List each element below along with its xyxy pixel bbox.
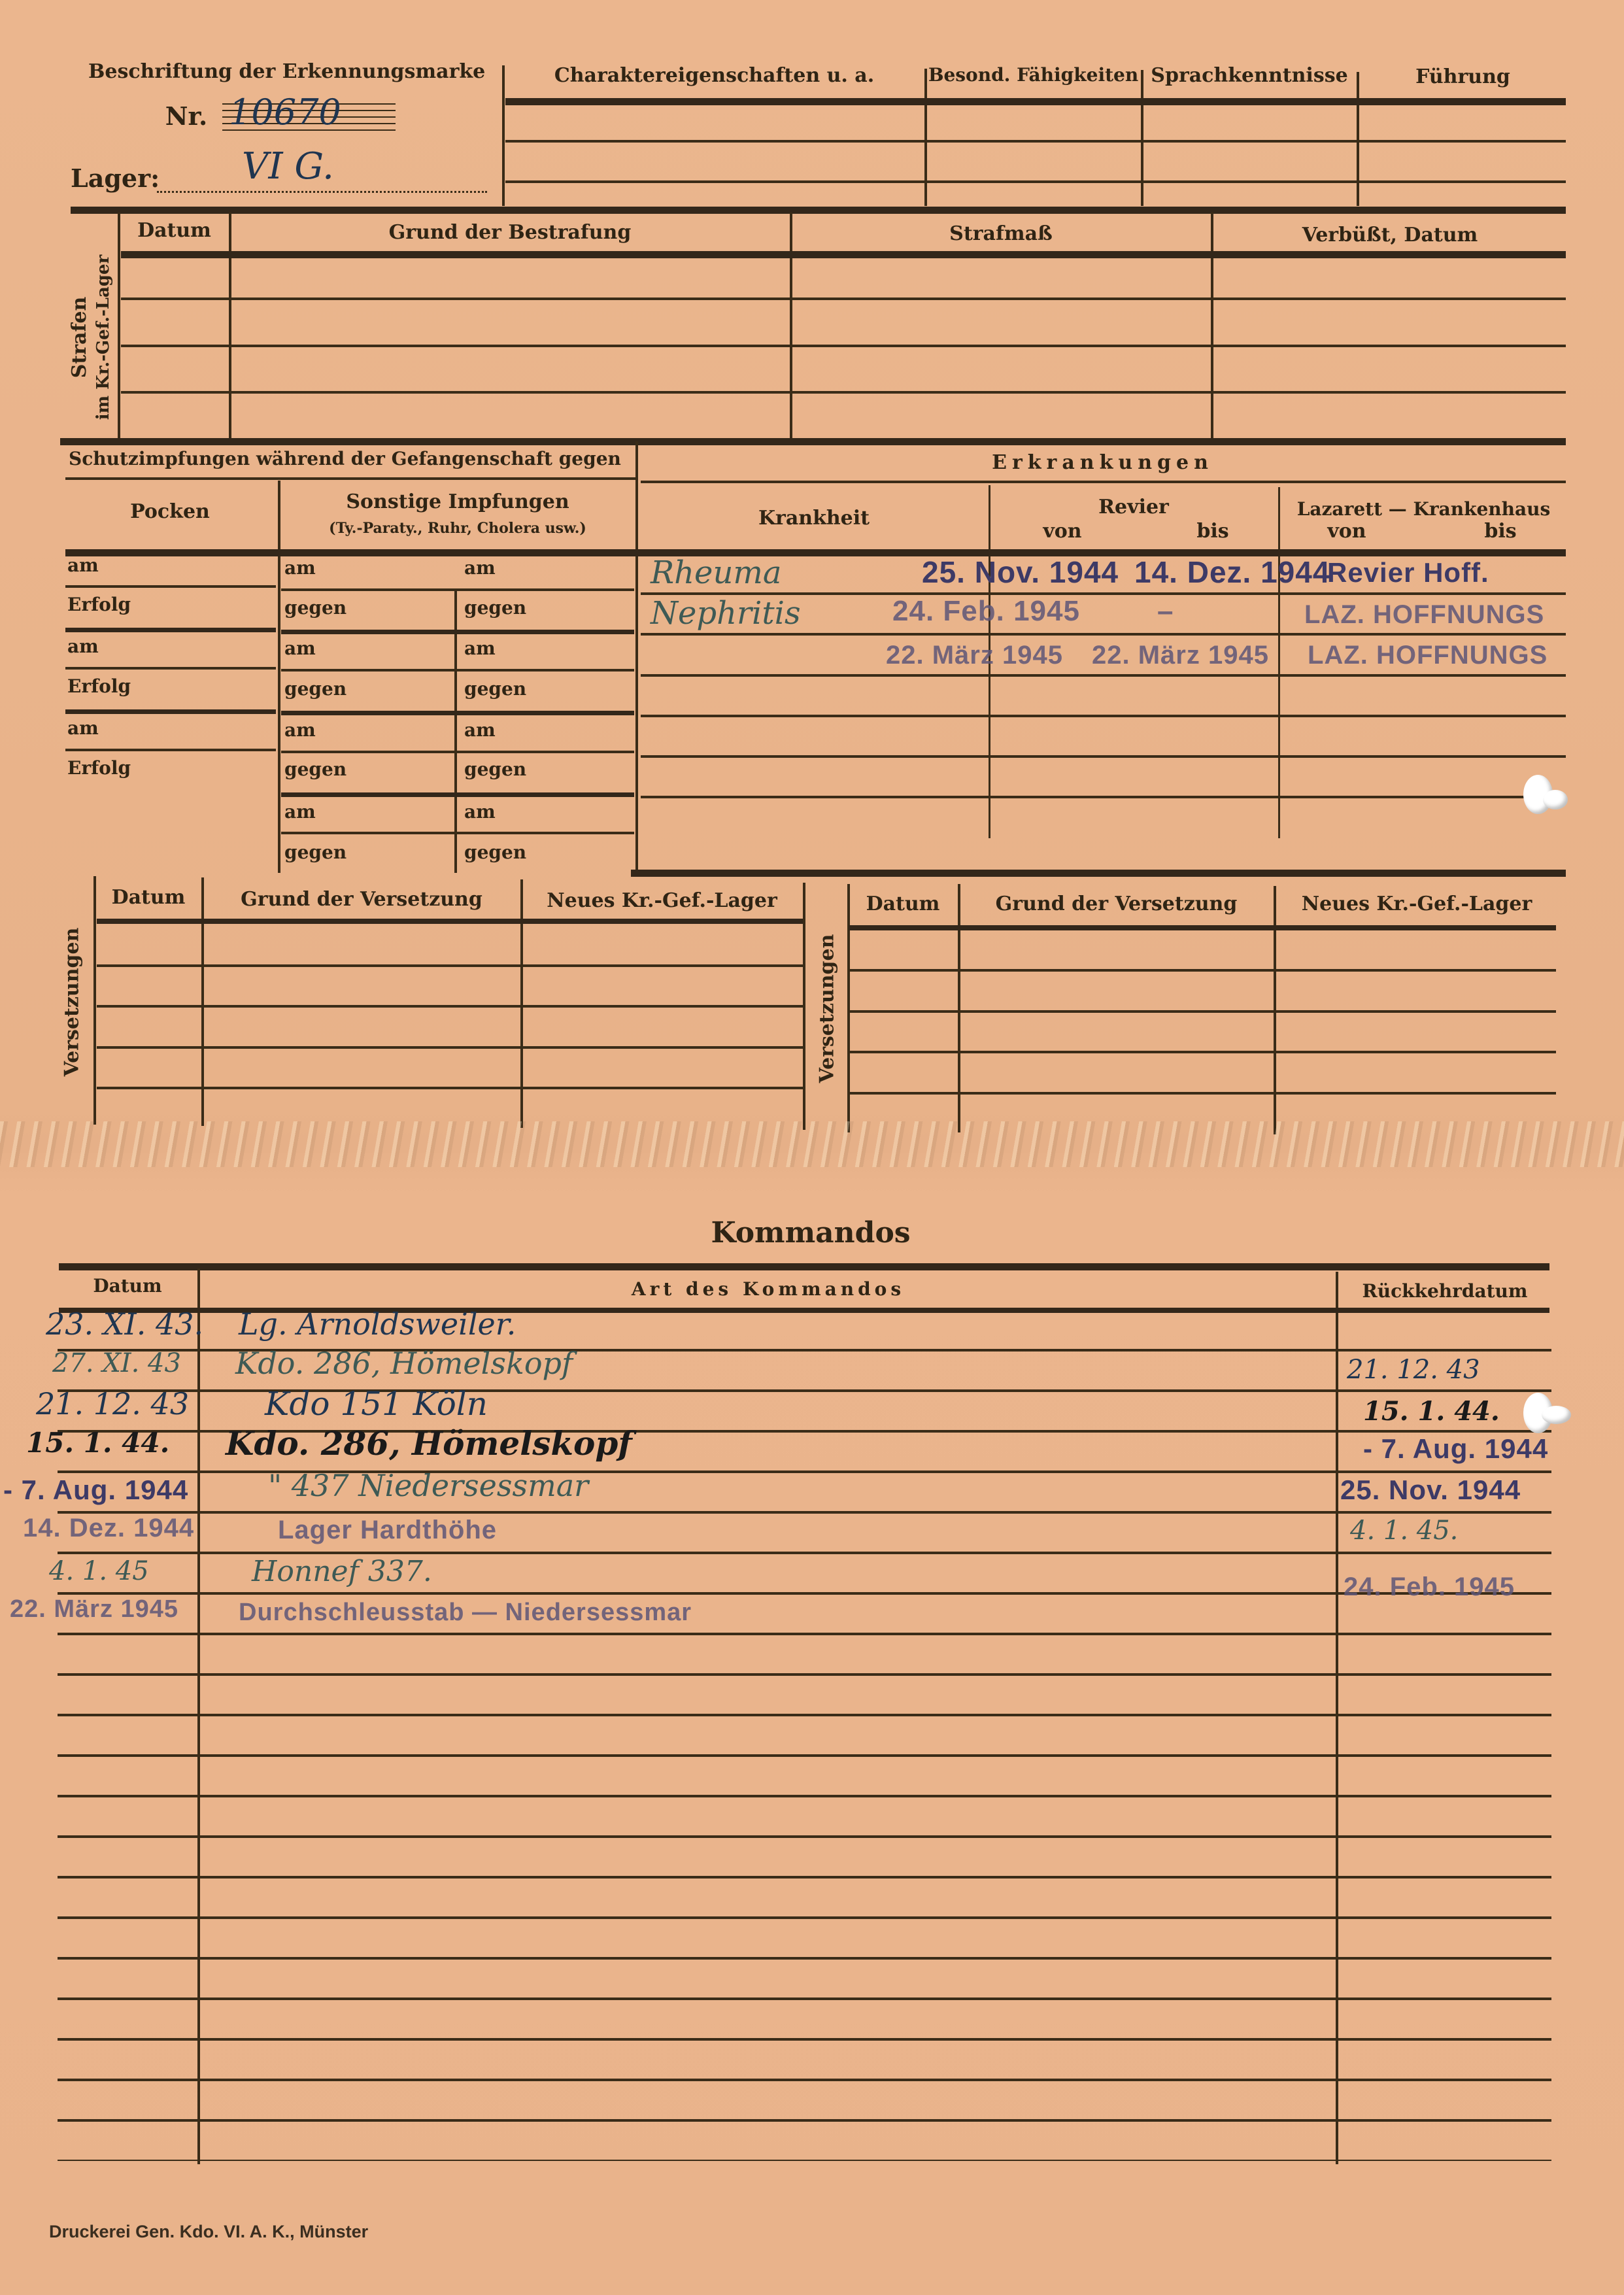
pocken-row: am (67, 717, 99, 739)
sonstige-row: am (284, 637, 316, 659)
krankheit-value: Nephritis (651, 595, 801, 632)
sonstige-sublabel: (Ty.-Paraty., Ruhr, Cholera usw.) (281, 520, 634, 537)
rule (65, 628, 276, 632)
rule (65, 749, 276, 751)
rule (97, 1005, 803, 1008)
rule (849, 1010, 1556, 1013)
kommando-datum: 4. 1. 45 (49, 1556, 149, 1586)
kommando-datum-stamp: 14. Dez. 1944 (23, 1514, 194, 1543)
lager-label: Lager: (71, 163, 160, 193)
sonstige-row: gegen (464, 597, 526, 619)
col-faehigkeiten: Besond. Fähigkeiten (927, 64, 1140, 86)
versetzungen-col-grund: Grund der Versetzung (961, 892, 1272, 915)
kommando-art: Lg. Arnoldsweiler. (239, 1306, 516, 1342)
sonstige-row: am (284, 557, 316, 579)
rule (65, 585, 276, 588)
pocken-row: am (67, 636, 99, 657)
rule (281, 792, 634, 797)
rule (281, 751, 634, 753)
sonstige-row: gegen (284, 758, 347, 780)
pocken-label: Pocken (65, 500, 275, 523)
revier-von-stamp: 22. März 1945 (886, 641, 1063, 670)
kommando-datum-stamp: - 7. Aug. 1944 (3, 1474, 188, 1506)
rule (631, 870, 1566, 877)
kommandos-col-art: Art des Kommandos (203, 1278, 1334, 1300)
pocken-row: am (67, 554, 99, 576)
versetzungen-side-label: Versetzungen (816, 904, 839, 1113)
erkrankungen-col-krankheit: Krankheit (641, 507, 987, 530)
rule (641, 755, 1566, 758)
strafen-label: Strafen (68, 233, 92, 442)
kommando-art: " 437 Niedersessmar (268, 1468, 588, 1503)
divider (1278, 487, 1280, 838)
lazarett-stamp: LAZ. HOFFNUNGS (1304, 600, 1544, 630)
pocken-row: Erfolg (67, 594, 131, 615)
pocken-row: Erfolg (67, 757, 131, 779)
rule (121, 251, 1566, 258)
sonstige-row: am (464, 801, 496, 823)
rule (505, 98, 1566, 105)
rule (65, 709, 276, 714)
rule (641, 481, 1566, 483)
versetzungen-col-grund: Grund der Versetzung (205, 888, 518, 911)
strafen-col-strafmass: Strafmaß (792, 222, 1210, 245)
nr-label: Nr. (160, 101, 212, 131)
rule (71, 207, 1566, 214)
erkrankungen-heading: Erkrankungen (639, 451, 1566, 474)
sonstige-row: gegen (464, 758, 526, 780)
kommando-rueckkehr: 21. 12. 43 (1347, 1355, 1480, 1385)
erkennungsmarke-heading: Beschriftung der Erkennungsmarke (88, 60, 481, 83)
rule (97, 964, 803, 967)
punch-hole (1542, 1406, 1571, 1424)
strafen-col-grund: Grund der Bestrafung (232, 221, 788, 244)
pocken-row: Erfolg (67, 675, 131, 697)
sonstige-row: gegen (284, 597, 347, 619)
rule (65, 477, 635, 480)
lazarett-stamp: LAZ. HOFFNUNGS (1308, 641, 1548, 670)
kommandos-col-rueckkehr: Rückkehrdatum (1340, 1280, 1549, 1302)
kommando-art: Kdo. 286, Hömelskopf (226, 1424, 632, 1463)
rule (641, 796, 1566, 798)
versetzungen-col-lager: Neues Kr.-Gef.-Lager (523, 889, 801, 912)
rule (65, 549, 726, 556)
divider (847, 884, 850, 1132)
kommandos-col-datum: Datum (62, 1275, 193, 1297)
kommando-art: Honnef 337. (252, 1555, 432, 1588)
kommando-datum: 23. XI. 43. (46, 1306, 203, 1342)
rule (505, 180, 1566, 183)
col-sprachen: Sprachkenntnisse (1144, 64, 1355, 87)
sonstige-row: am (284, 801, 316, 823)
rule (281, 832, 634, 834)
rule (281, 630, 634, 634)
rule (641, 715, 1566, 717)
kommando-art-stamp: Lager Hardthöhe (278, 1516, 497, 1545)
kommando-art-stamp: Durchschleusstab — Niedersessmar (239, 1599, 692, 1627)
lazarett-von: von (1304, 520, 1389, 543)
revier-bis-stamp: – (1157, 595, 1174, 628)
fold-crease (0, 1121, 1624, 1167)
lazarett-stamp: Revier Hoff. (1327, 557, 1489, 588)
rule (97, 919, 803, 924)
kommando-art: Kdo 151 Köln (265, 1385, 488, 1423)
kommando-datum: 27. XI. 43 (52, 1348, 181, 1378)
lazarett-bis: bis (1458, 520, 1543, 543)
kommando-rueckkehr-stamp: - 7. Aug. 1944 (1363, 1433, 1548, 1465)
rule (505, 140, 1566, 143)
nr-value: 10670 (229, 92, 341, 133)
revier-bis-stamp: 14. Dez. 1944 (1134, 554, 1330, 590)
krankheit-value: Rheuma (651, 554, 782, 591)
col-fuehrung: Führung (1360, 65, 1566, 88)
col-charakter: Charaktereigenschaften u. a. (507, 64, 922, 87)
strafen-col-datum: Datum (121, 219, 228, 242)
divider (278, 481, 280, 873)
rule (641, 633, 1566, 636)
rule (121, 297, 1566, 300)
divider (635, 441, 638, 876)
sonstige-row: am (464, 557, 496, 579)
divider (229, 212, 231, 441)
divider (1357, 72, 1359, 206)
rule (121, 391, 1566, 394)
versetzungen-side-label: Versetzungen (61, 898, 84, 1107)
rule (281, 588, 634, 591)
divider (1141, 70, 1143, 206)
erkrankungen-col-revier: Revier (990, 496, 1277, 518)
sonstige-label: Sonstige Impfungen (281, 490, 634, 513)
divider (1211, 212, 1213, 441)
divider (502, 65, 505, 206)
sonstige-row: am (284, 719, 316, 741)
rule (65, 667, 276, 670)
versetzungen-col-lager: Neues Kr.-Gef.-Lager (1276, 892, 1557, 915)
kommando-rueckkehr-stamp: 24. Feb. 1945 (1344, 1572, 1515, 1602)
sonstige-row: am (464, 637, 496, 659)
rule (121, 345, 1566, 347)
rule (59, 1263, 1549, 1270)
versetzungen-col-datum: Datum (850, 892, 956, 915)
strafen-side-label: Strafen im Kr.-Gef.-Lager (68, 233, 115, 442)
kommando-rueckkehr: 15. 1. 44. (1363, 1396, 1500, 1427)
sonstige-row: am (464, 719, 496, 741)
kommando-datum-stamp: 22. März 1945 (10, 1595, 178, 1623)
kommando-datum: 21. 12. 43 (36, 1386, 189, 1421)
sonstige-row: gegen (284, 678, 347, 700)
revier-von-stamp: 25. Nov. 1944 (922, 554, 1119, 590)
divider (118, 212, 120, 441)
kommando-art: Kdo. 286, Hömelskopf (235, 1346, 573, 1381)
erkrankungen-col-lazarett: Lazarett — Krankenhaus (1281, 498, 1566, 520)
rule (849, 1051, 1556, 1053)
rule (849, 1092, 1556, 1095)
revier-bis: bis (1170, 520, 1255, 543)
sonstige-row: gegen (284, 841, 347, 863)
divider (958, 884, 960, 1132)
rule (281, 669, 634, 671)
printer-imprint: Druckerei Gen. Kdo. VI. A. K., Münster (49, 2222, 368, 2242)
kommandos-title: Kommandos (588, 1216, 1033, 1249)
rule (97, 1087, 803, 1089)
divider (924, 69, 927, 206)
kommando-rueckkehr: 4. 1. 45. (1350, 1516, 1458, 1546)
kommando-rueckkehr-stamp: 25. Nov. 1944 (1340, 1474, 1521, 1506)
lager-value: VI G. (242, 145, 334, 188)
impfungen-heading: Schutzimpfungen während der Gefangenscha… (69, 448, 621, 469)
strafen-sublabel: im Kr.-Gef.-Lager (92, 233, 115, 442)
kommando-datum: 15. 1. 44. (26, 1427, 169, 1459)
revier-von-stamp: 24. Feb. 1945 (892, 595, 1080, 628)
revier-von: von (1020, 520, 1105, 543)
revier-bis-stamp: 22. März 1945 (1092, 641, 1269, 670)
sonstige-row: gegen (464, 678, 526, 700)
divider (790, 212, 792, 441)
rule (641, 674, 1566, 677)
divider (520, 879, 523, 1128)
lager-field-line (157, 191, 487, 193)
versetzungen-col-datum: Datum (97, 886, 200, 909)
sonstige-row: gegen (464, 841, 526, 863)
punch-hole (1543, 790, 1568, 809)
rule (60, 438, 1566, 445)
rule (281, 711, 634, 715)
divider (93, 876, 96, 1125)
strafen-col-verbuesst: Verbüßt, Datum (1214, 224, 1566, 246)
divider (803, 883, 805, 1130)
rule (849, 969, 1556, 972)
rule (849, 925, 1556, 930)
rule (97, 1046, 803, 1049)
record-card: Beschriftung der Erkennungsmarke Nr. 106… (0, 0, 1624, 2295)
